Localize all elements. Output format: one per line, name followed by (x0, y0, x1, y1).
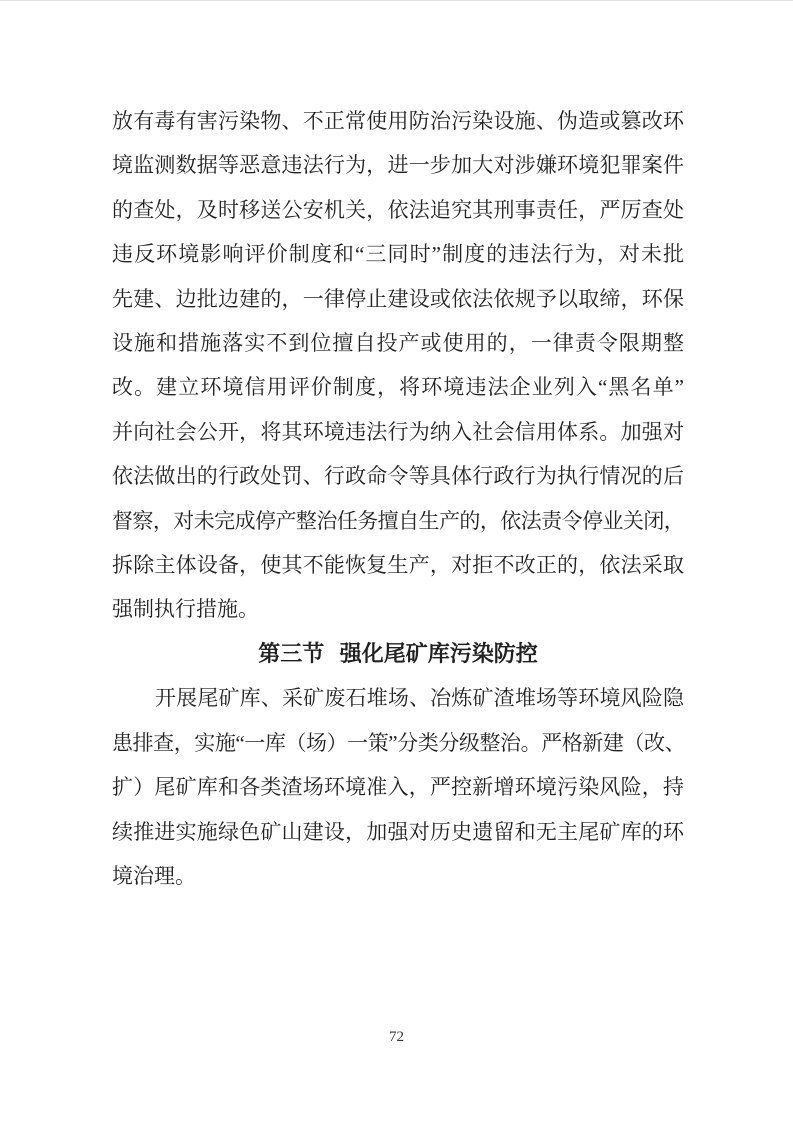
body-text-line: 设施和措施落实不到位擅自投产或使用的，一律责令限期整 (112, 321, 684, 365)
body-text-line: 改。建立环境信用评价制度，将环境违法企业列入“黑名单” (112, 365, 684, 409)
section-heading: 第三节 强化尾矿库污染防控 (112, 632, 684, 676)
body-text-line: 境治理。 (112, 854, 684, 898)
body-text-line: 扩）尾矿库和各类渣场环境准入，严控新增环境污染风险，持 (112, 765, 684, 809)
page-body: 放有毒有害污染物、不正常使用防治污染设施、伪造或篡改环 境监测数据等恶意违法行为… (112, 99, 684, 898)
body-text-line: 拆除主体设备，使其不能恢复生产，对拒不改正的，依法采取 (112, 543, 684, 587)
body-text-line: 并向社会公开，将其环境违法行为纳入社会信用体系。加强对 (112, 410, 684, 454)
body-text-line: 违反环境影响评价制度和“三同时”制度的违法行为，对未批 (112, 232, 684, 276)
body-text-line: 续推进实施绿色矿山建设，加强对历史遗留和无主尾矿库的环 (112, 810, 684, 854)
body-text-line: 放有毒有害污染物、不正常使用防治污染设施、伪造或篡改环 (112, 99, 684, 143)
body-text-line: 的查处，及时移送公安机关，依法追究其刑事责任，严厉查处 (112, 188, 684, 232)
page-number: 72 (0, 1027, 793, 1047)
body-text-line: 患排查，实施“一库（场）一策”分类分级整治。严格新建（改、 (112, 721, 684, 765)
body-text-line: 强制执行措施。 (112, 587, 684, 631)
body-text-line: 依法做出的行政处罚、行政命令等具体行政行为执行情况的后 (112, 454, 684, 498)
body-text-line: 督察，对未完成停产整治任务擅自生产的，依法责令停业关闭， (112, 499, 684, 543)
body-text-line: 先建、边批边建的，一律停止建设或依法依规予以取缔，环保 (112, 277, 684, 321)
body-text-line: 境监测数据等恶意违法行为，进一步加大对涉嫌环境犯罪案件 (112, 143, 684, 187)
body-text-line: 开展尾矿库、采矿废石堆场、冶炼矿渣堆场等环境风险隐 (112, 676, 684, 720)
document-page: 放有毒有害污染物、不正常使用防治污染设施、伪造或篡改环 境监测数据等恶意违法行为… (0, 0, 793, 1122)
